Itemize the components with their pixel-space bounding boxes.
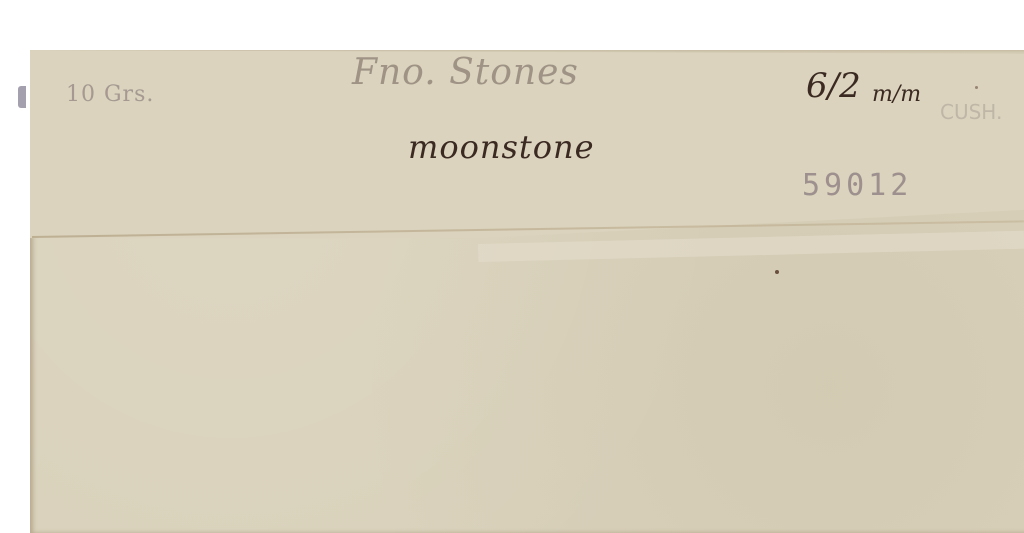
envelope-edge-mark — [18, 86, 26, 108]
specimen-name: moonstone — [408, 128, 595, 166]
size-unit: m/m — [872, 82, 921, 107]
supplier-stamp: Fno. Stones — [352, 52, 579, 93]
paper-speck — [975, 86, 978, 89]
size-note: 6/2 — [806, 66, 861, 106]
catalog-number-stamp: 59012 — [802, 168, 912, 203]
partial-stamp: CUSH. — [940, 100, 1002, 124]
paper-speck — [775, 270, 779, 274]
weight-stamp: 10 Grs. — [66, 82, 154, 107]
photo-scene: 10 Grs. Fno. Stones moonstone 6/2 m/m CU… — [0, 0, 1024, 533]
